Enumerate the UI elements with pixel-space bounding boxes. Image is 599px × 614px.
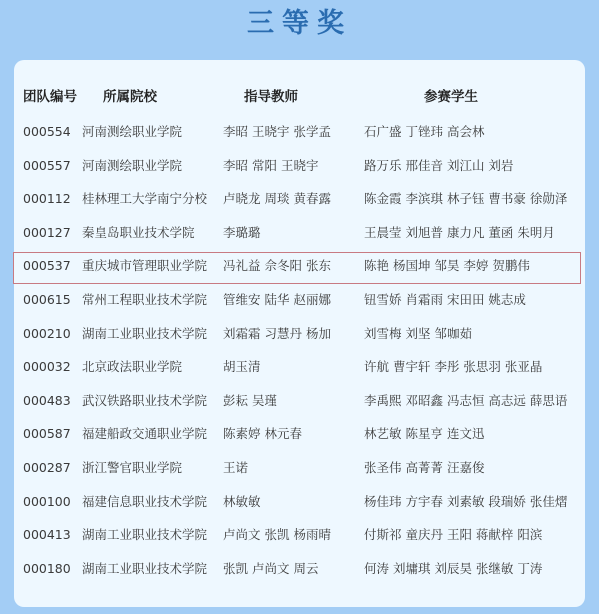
school-cell: 北京政法职业学院 [82, 350, 182, 383]
school-cell: 武汉铁路职业技术学院 [82, 384, 207, 417]
table-row: 000100福建信息职业技术学院林敏敏杨佳玮 方宇春 刘素敏 段瑞娇 张佳熠 [0, 485, 599, 518]
teacher-cell: 林敏敏 [223, 485, 261, 518]
student-cell: 林艺敏 陈星亨 连文迅 [364, 417, 484, 450]
student-cell: 陈艳 杨国坤 邹昊 李婷 贺鹏伟 [364, 249, 530, 282]
table-row: 000210湖南工业职业技术学院刘霜霜 习慧丹 杨加刘雪梅 刘坚 邹咖茹 [0, 317, 599, 350]
school-cell: 桂林理工大学南宁分校 [82, 182, 207, 215]
school-cell: 河南测绘职业学院 [82, 149, 182, 182]
student-cell: 何涛 刘墉琪 刘辰昊 张继敏 丁涛 [364, 552, 542, 585]
team-id-cell: 000180 [23, 552, 71, 585]
student-cell: 王晨莹 刘旭普 康力凡 董函 朱明月 [364, 216, 555, 249]
school-cell: 河南测绘职业学院 [82, 115, 182, 148]
teacher-cell: 冯礼益 佘冬阳 张东 [223, 249, 331, 282]
table-row: 000032北京政法职业学院胡玉清许航 曹宇轩 李彤 张思羽 张亚晶 [0, 350, 599, 383]
team-id-cell: 000127 [23, 216, 71, 249]
school-cell: 福建信息职业技术学院 [82, 485, 207, 518]
student-cell: 陈金霞 李滨琪 林子钰 曹书豪 徐勋泽 [364, 182, 567, 215]
header-school: 所属院校 [103, 81, 157, 114]
team-id-cell: 000413 [23, 518, 71, 551]
school-cell: 湖南工业职业技术学院 [82, 552, 207, 585]
teacher-cell: 张凯 卢尚文 周云 [223, 552, 318, 585]
table-row: 000554河南测绘职业学院李昭 王晓宇 张学孟石广盛 丁锉玮 高会林 [0, 115, 599, 148]
team-id-cell: 000032 [23, 350, 71, 383]
school-cell: 湖南工业职业技术学院 [82, 518, 207, 551]
team-id-cell: 000587 [23, 417, 71, 450]
page-title: 三等奖 [0, 4, 599, 44]
team-id-cell: 000100 [23, 485, 71, 518]
student-cell: 石广盛 丁锉玮 高会林 [364, 115, 484, 148]
team-id-cell: 000537 [23, 249, 71, 282]
school-cell: 湖南工业职业技术学院 [82, 317, 207, 350]
table-row: 000180湖南工业职业技术学院张凯 卢尚文 周云何涛 刘墉琪 刘辰昊 张继敏 … [0, 552, 599, 585]
school-cell: 秦皇岛职业技术学院 [82, 216, 195, 249]
team-id-cell: 000615 [23, 283, 71, 316]
table-row: 000287浙江警官职业学院王诺张圣伟 高菁菁 汪嘉俊 [0, 451, 599, 484]
header-team-id: 团队编号 [23, 81, 77, 114]
student-cell: 张圣伟 高菁菁 汪嘉俊 [364, 451, 484, 484]
student-cell: 许航 曹宇轩 李彤 张思羽 张亚晶 [364, 350, 542, 383]
table-row: 000557河南测绘职业学院李昭 常阳 王晓宇路万乐 邢佳音 刘江山 刘岩 [0, 149, 599, 182]
student-cell: 路万乐 邢佳音 刘江山 刘岩 [364, 149, 513, 182]
table-row-highlighted: 000537重庆城市管理职业学院冯礼益 佘冬阳 张东陈艳 杨国坤 邹昊 李婷 贺… [0, 249, 599, 282]
teacher-cell: 彭耘 吴瑾 [223, 384, 277, 417]
school-cell: 常州工程职业技术学院 [82, 283, 207, 316]
student-cell: 付斯祁 童庆丹 王阳 蒋献梓 阳滨 [364, 518, 542, 551]
table-row: 000587福建船政交通职业学院陈素婷 林元春林艺敏 陈星亨 连文迅 [0, 417, 599, 450]
table-row: 000127秦皇岛职业技术学院李璐璐王晨莹 刘旭普 康力凡 董函 朱明月 [0, 216, 599, 249]
team-id-cell: 000557 [23, 149, 71, 182]
table-row: 000413湖南工业职业技术学院卢尚文 张凯 杨雨晴付斯祁 童庆丹 王阳 蒋献梓… [0, 518, 599, 551]
teacher-cell: 胡玉清 [223, 350, 261, 383]
school-cell: 福建船政交通职业学院 [82, 417, 207, 450]
teacher-cell: 卢晓龙 周琰 黄春露 [223, 182, 331, 215]
student-cell: 李禹熙 邓昭鑫 冯志恒 高志远 薛思语 [364, 384, 567, 417]
teacher-cell: 陈素婷 林元春 [223, 417, 302, 450]
header-student: 参赛学生 [424, 81, 478, 114]
team-id-cell: 000483 [23, 384, 71, 417]
teacher-cell: 李昭 王晓宇 张学孟 [223, 115, 331, 148]
team-id-cell: 000112 [23, 182, 71, 215]
table-row: 000112桂林理工大学南宁分校卢晓龙 周琰 黄春露陈金霞 李滨琪 林子钰 曹书… [0, 182, 599, 215]
team-id-cell: 000287 [23, 451, 71, 484]
teacher-cell: 刘霜霜 习慧丹 杨加 [223, 317, 331, 350]
student-cell: 杨佳玮 方宇春 刘素敏 段瑞娇 张佳熠 [364, 485, 567, 518]
team-id-cell: 000210 [23, 317, 71, 350]
teacher-cell: 李昭 常阳 王晓宇 [223, 149, 318, 182]
table-header: 团队编号 所属院校 指导教师 参赛学生 [0, 81, 599, 114]
student-cell: 刘雪梅 刘坚 邹咖茹 [364, 317, 472, 350]
table-row: 000483武汉铁路职业技术学院彭耘 吴瑾李禹熙 邓昭鑫 冯志恒 高志远 薛思语 [0, 384, 599, 417]
teacher-cell: 王诺 [223, 451, 248, 484]
team-id-cell: 000554 [23, 115, 71, 148]
teacher-cell: 管维安 陆华 赵丽娜 [223, 283, 331, 316]
school-cell: 浙江警官职业学院 [82, 451, 182, 484]
student-cell: 钮雪娇 肖霜雨 宋田田 姚志成 [364, 283, 526, 316]
teacher-cell: 李璐璐 [223, 216, 261, 249]
teacher-cell: 卢尚文 张凯 杨雨晴 [223, 518, 331, 551]
school-cell: 重庆城市管理职业学院 [82, 249, 207, 282]
header-teacher: 指导教师 [244, 81, 298, 114]
table-row: 000615常州工程职业技术学院管维安 陆华 赵丽娜钮雪娇 肖霜雨 宋田田 姚志… [0, 283, 599, 316]
